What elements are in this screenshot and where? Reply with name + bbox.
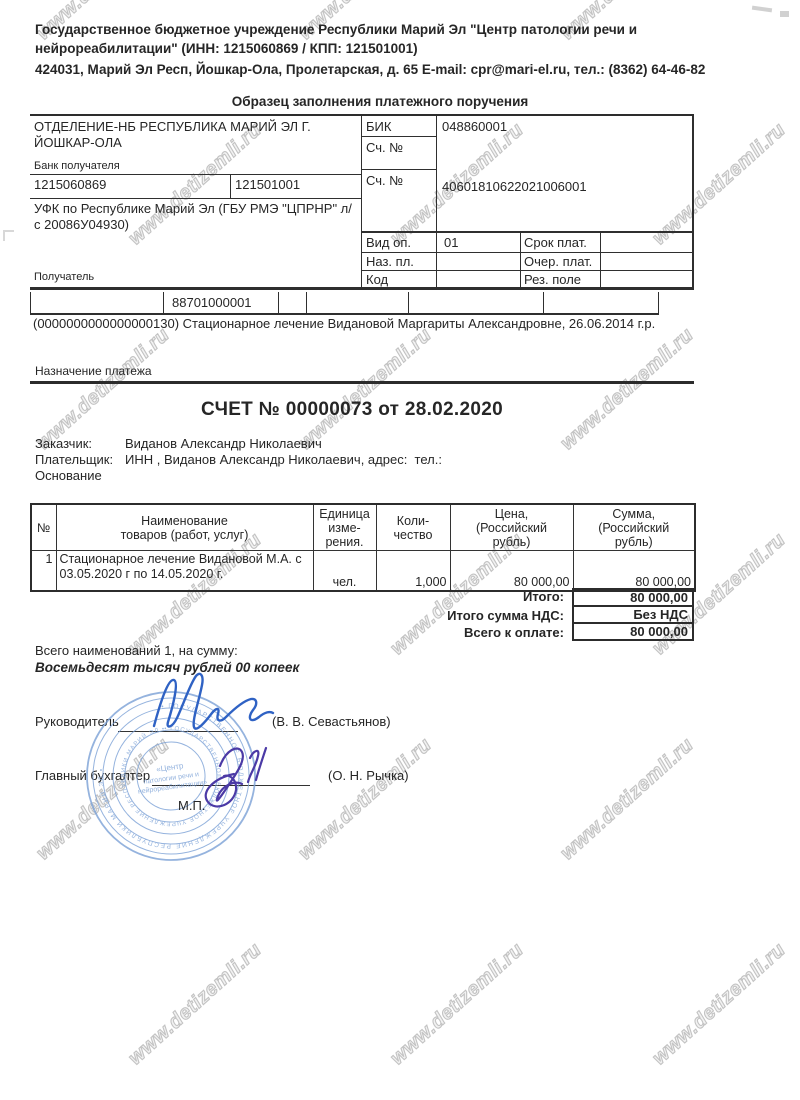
signature-stroke [248,748,266,782]
form-line [278,292,279,315]
basis-label: Основание [35,468,125,483]
form-line [30,292,31,315]
head-name: (В. В. Севастьянов) [272,714,391,729]
form-line [163,292,164,315]
form-line [361,252,694,253]
form-line [600,231,601,288]
col-num: № [31,504,56,551]
signature-stroke [154,674,273,729]
kod-label: Код [366,272,388,288]
form-line [361,169,437,170]
form-line [361,231,694,233]
totals-block: Итого: 80 000,00 Итого сумма НДС: Без НД… [30,588,694,641]
vat-label: Итого сумма НДС: [447,607,572,624]
rez-pole-label: Рез. поле [524,272,581,288]
bik-label: БИК [366,119,391,135]
purpose-rule [30,381,694,384]
kpp-value: 121501001 [235,177,300,193]
bik-value: 048860001 [442,119,507,135]
naz-pl-label: Наз. пл. [366,254,414,270]
accountant-name: (О. Н. Рычка) [328,768,409,783]
form-line [230,174,231,198]
org-name: Государственное бюджетное учреждение Рес… [35,20,690,58]
form-line [520,231,521,288]
total-row: Всего к оплате: 80 000,00 [30,624,694,641]
inn-value: 1215060869 [34,177,106,193]
scan-artifact [3,230,14,241]
payer-row: Плательщик:ИНН , Виданов Александр Никол… [35,452,442,467]
table-row: 1 Стационарное лечение Видановой М.А. с … [31,551,695,592]
payment-order-sample-title: Образец заполнения платежного поручения [30,94,730,109]
form-line [408,292,409,315]
item-qty: 1,000 [376,551,450,592]
customer-value: Виданов Александр Николаевич [125,436,322,451]
recipient-caption: Получатель [34,271,94,283]
form-line [30,287,694,290]
recipient-bank-name: ОТДЕЛЕНИЕ-НБ РЕСПУБЛИКА МАРИЙ ЭЛ Г. ЙОШК… [34,119,356,151]
customer-label: Заказчик: [35,436,125,451]
form-line [306,292,307,315]
form-line [30,198,361,199]
form-line [692,116,694,288]
grand-total-value: 80 000,00 [572,622,694,641]
form-line [361,270,694,271]
items-header-row: № Наименование товаров (работ, услуг) Ед… [31,504,695,551]
col-name: Наименование товаров (работ, услуг) [56,504,313,551]
item-price: 80 000,00 [450,551,573,592]
payer-value: ИНН , Виданов Александр Николаевич, адре… [125,452,442,467]
form-line [361,136,437,137]
head-signature-ink [146,666,276,736]
scan-artifact [752,6,772,13]
items-count-line: Всего наименований 1, на сумму: [35,643,238,658]
account1-label: Сч. № [366,140,403,156]
purpose-caption: Назначение платежа [35,364,152,378]
recipient-name: УФК по Республике Марий Эл (ГБУ РМЭ "ЦПР… [34,201,358,233]
payment-order-form: ОТДЕЛЕНИЕ-НБ РЕСПУБЛИКА МАРИЙ ЭЛ Г. ЙОШК… [30,114,694,315]
payment-purpose-text: (0000000000000000130) Стационарное лечен… [33,316,773,331]
item-sum: 80 000,00 [573,551,695,592]
form-line [30,313,658,315]
stamp-center-text: «Центр [156,761,185,774]
form-line [436,116,437,288]
item-unit: чел. [313,551,376,592]
form-line [543,292,544,315]
org-address: 424031, Марий Эл Респ, Йошкар-Ола, Проле… [35,62,735,77]
basis-row: Основание [35,468,125,483]
form-line [361,116,362,288]
account2-label: Сч. № [366,173,403,189]
customer-row: Заказчик:Виданов Александр Николаевич [35,436,322,451]
col-unit: Единица изме- рения. [313,504,376,551]
vid-op-label: Вид оп. [366,235,411,251]
col-sum: Сумма, (Российский рубль) [573,504,695,551]
form-line [658,292,659,315]
payer-label: Плательщик: [35,452,125,467]
item-name: Стационарное лечение Видановой М.А. с 03… [56,551,313,592]
items-table: № Наименование товаров (работ, услуг) Ед… [30,503,696,592]
total-label: Итого: [523,588,572,607]
oktmo-value: 88701000001 [172,295,252,311]
invoice-title: СЧЕТ № 00000073 от 28.02.2020 [30,399,674,421]
accountant-signature-ink [190,740,285,808]
vid-op-value: 01 [444,235,458,251]
account2-value: 40601810622021006001 [442,179,587,195]
col-price: Цена, (Российский рубль) [450,504,573,551]
item-num: 1 [31,551,56,592]
bank-caption: Банк получателя [34,160,120,172]
col-qty: Коли- чество [376,504,450,551]
form-line [30,174,361,175]
scan-artifact [780,11,789,17]
scanned-invoice-page: Государственное бюджетное учреждение Рес… [0,0,800,1100]
ocher-plat-label: Очер. плат. [524,254,592,270]
srok-plat-label: Срок плат. [524,235,587,251]
grand-total-label: Всего к оплате: [464,624,572,641]
